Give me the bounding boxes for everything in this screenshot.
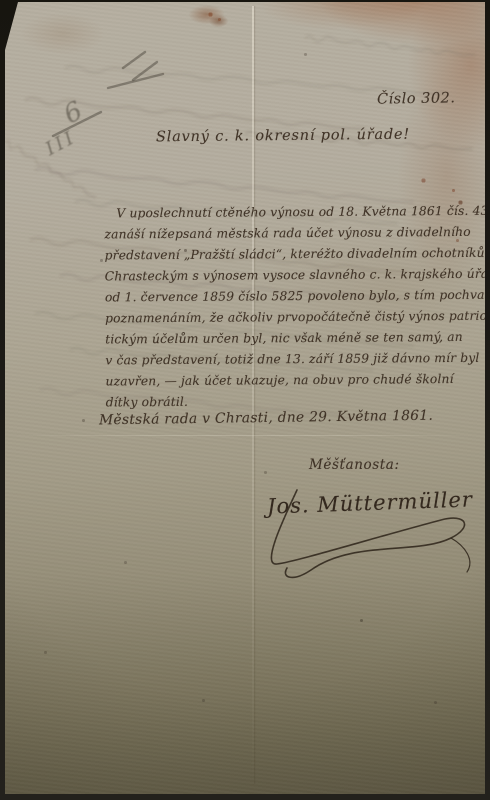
letter-body: V uposlechnutí ctěného výnosu od 18. Kvě… — [104, 201, 490, 414]
pencil-marks — [5, 2, 205, 202]
dateline: Městská rada v Chrasti, dne 29. Května 1… — [99, 408, 433, 429]
salutation-line: Slavný c. k. okresní pol. úřade! — [156, 127, 410, 146]
body-line: od 1. července 1859 číslo 5825 povoleno … — [105, 285, 490, 309]
body-line: zanáší nížepsaná městská rada účet výnos… — [104, 222, 490, 246]
body-line: v čas představení, totiž dne 13. září 18… — [105, 348, 490, 372]
paper-sheet: 6 III Číslo 302. Slavný c. k. okresní po… — [5, 2, 485, 794]
document-number: Číslo 302. — [377, 90, 456, 107]
body-line: představení „Pražští sládci“, kteréžto d… — [105, 243, 490, 267]
pencil-mark-strokes: III — [42, 126, 80, 160]
body-line: V uposlechnutí ctěného výnosu od 18. Kvě… — [104, 201, 490, 225]
pencil-mark-number: 6 — [59, 96, 87, 130]
ink-speckles — [5, 2, 6, 3]
body-line: Chrasteckým s výnosem vysoce slavného c.… — [105, 264, 490, 288]
signature: Jos. Müttermüller — [267, 487, 474, 518]
body-line: uzavřen, — jak účet ukazuje, na obuv pro… — [105, 369, 490, 393]
closing-role: Měšťanosta: — [309, 457, 400, 473]
body-line: poznamenáním, že ačkoliv prvopočátečně č… — [105, 306, 490, 330]
photo-backdrop: 6 III Číslo 302. Slavný c. k. okresní po… — [0, 0, 490, 800]
fold-crease-horizontal — [15, 435, 475, 436]
body-line: tickým účelům určen byl, nic však méně s… — [105, 327, 490, 351]
